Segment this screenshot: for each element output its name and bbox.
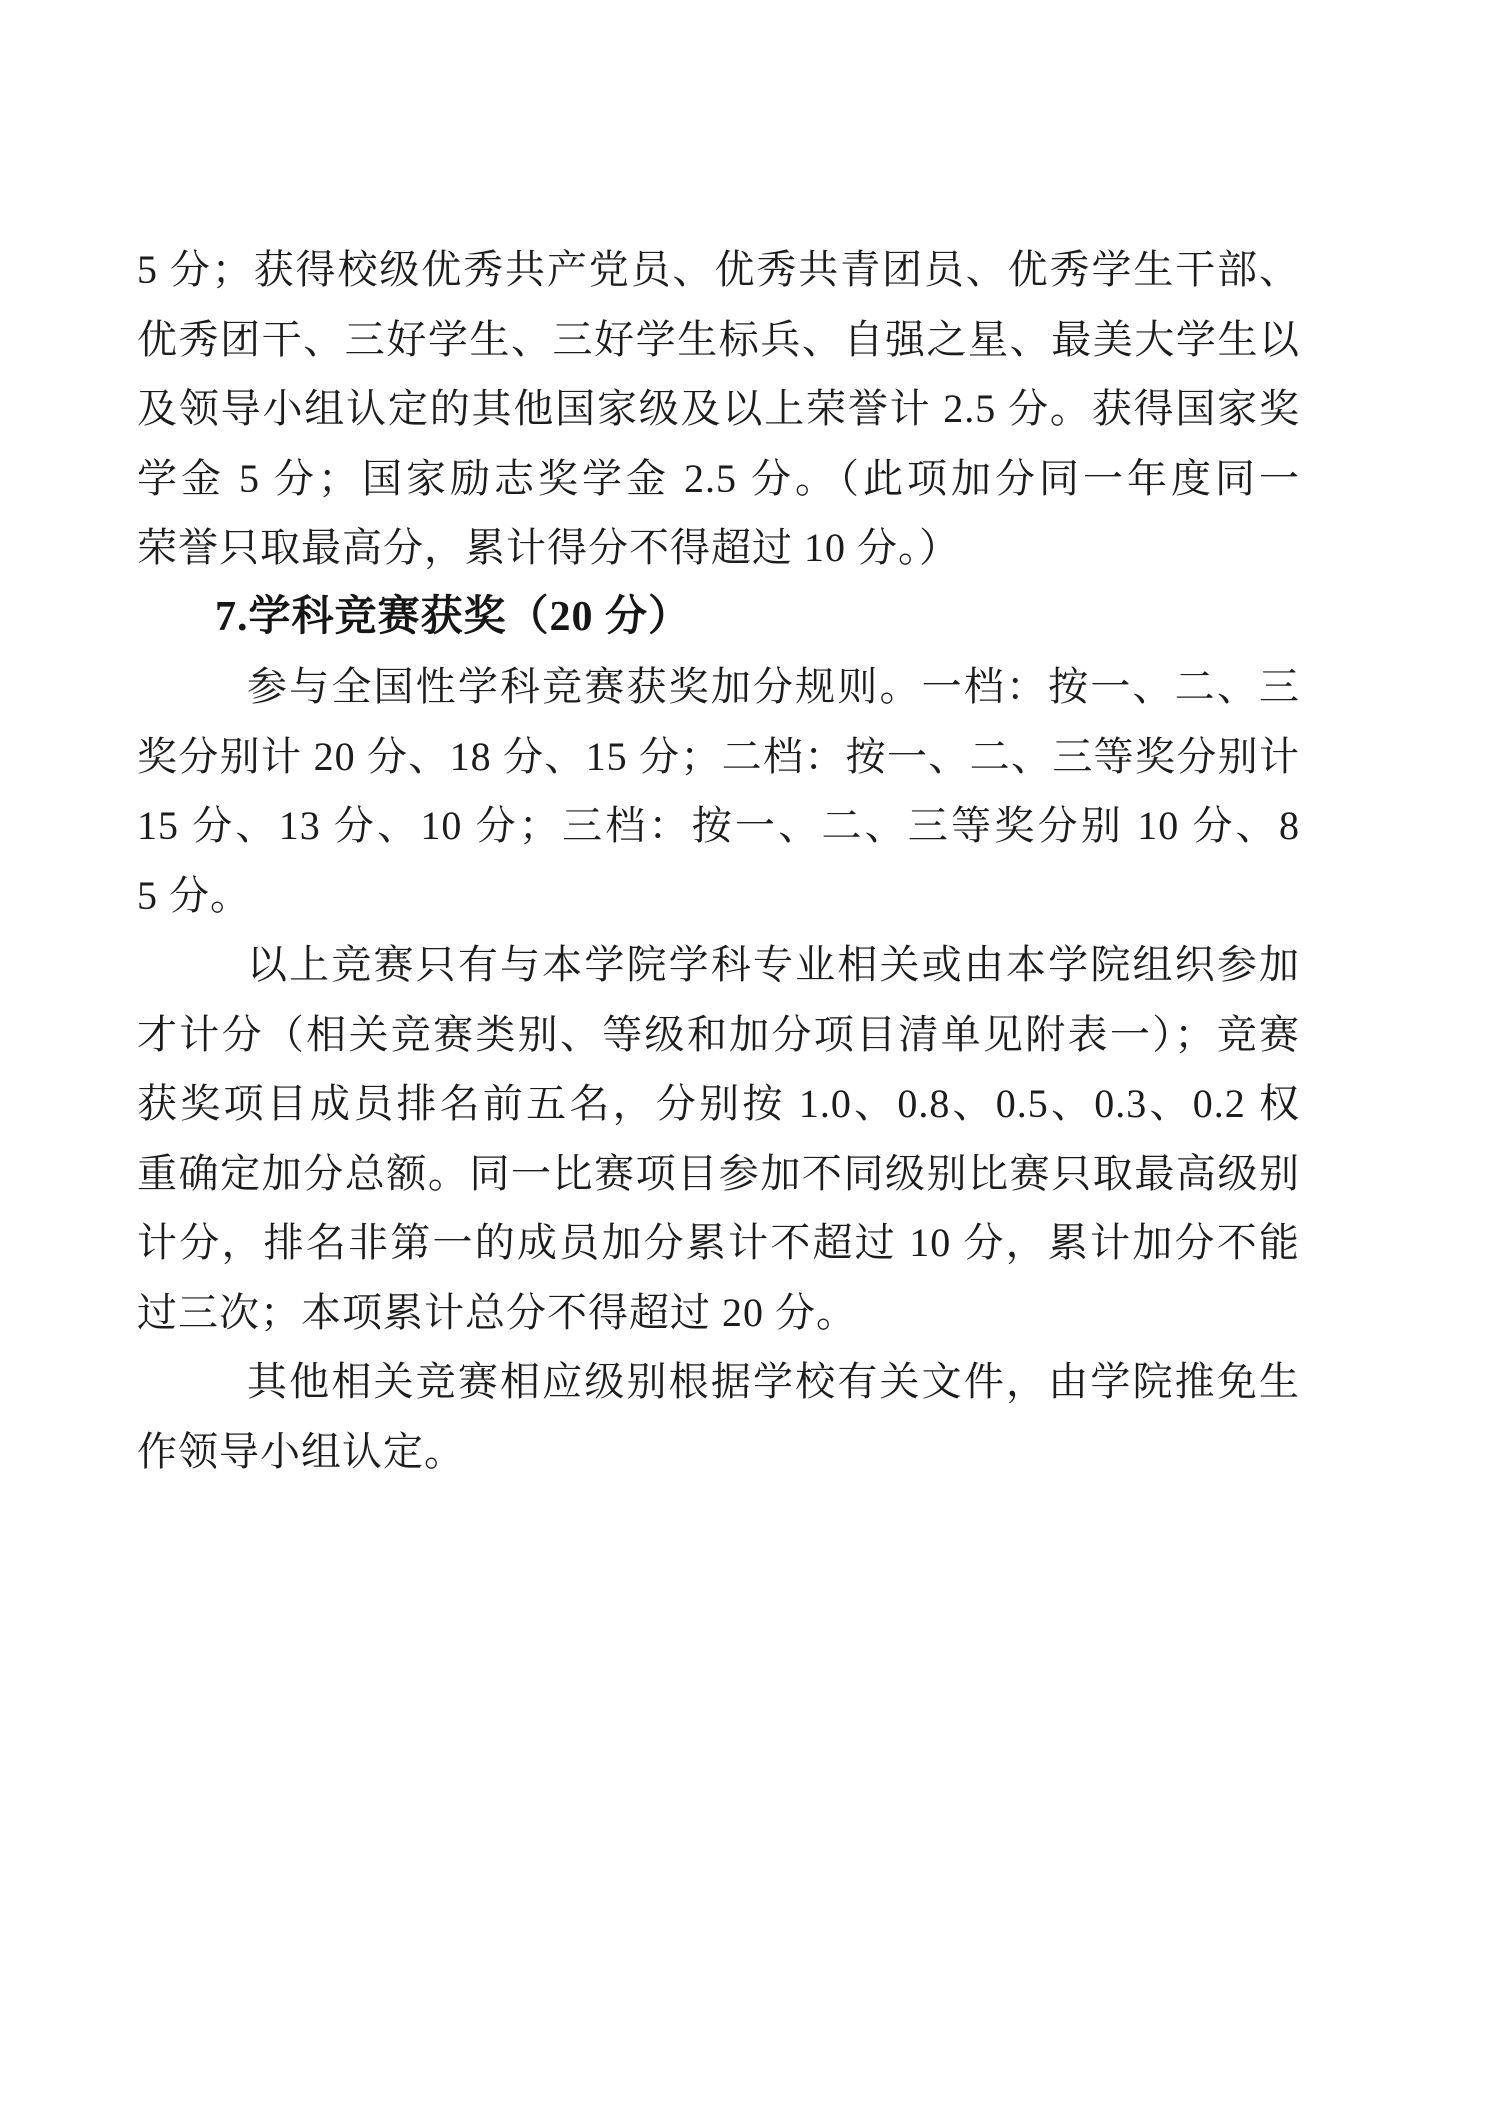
body-line: 作领导小组认定。 [137, 1417, 1300, 1487]
body-line: 过三次；本项累计总分不得超过 20 分。 [137, 1278, 1300, 1348]
body-line: 才计分（相关竞赛类别、等级和加分项目清单见附表一）；竞赛 [137, 1000, 1300, 1070]
document-page: 5 分；获得校级优秀共产党员、优秀共青团员、优秀学生干部、 优秀团干、三好学生、… [0, 0, 1486, 2103]
body-line: 奖分别计 20 分、18 分、15 分；二档：按一、二、三等奖分别计 [137, 722, 1300, 792]
page-text-block: 5 分；获得校级优秀共产党员、优秀共青团员、优秀学生干部、 优秀团干、三好学生、… [137, 235, 1300, 1486]
body-line: 优秀团干、三好学生、三好学生标兵、自强之星、最美大学生以 [137, 305, 1300, 375]
body-line: 5 分。 [137, 861, 1300, 931]
body-line: 学金 5 分；国家励志奖学金 2.5 分。（此项加分同一年度同一 [137, 444, 1300, 514]
body-line: 其他相关竞赛相应级别根据学校有关文件，由学院推免生工 [137, 1347, 1300, 1417]
body-line: 荣誉只取最高分，累计得分不得超过 10 分。） [137, 513, 1300, 583]
body-line: 5 分；获得校级优秀共产党员、优秀共青团员、优秀学生干部、 [137, 235, 1300, 305]
body-line: 15 分、13 分、10 分；三档：按一、二、三等奖分别 10 分、8 分、 [137, 791, 1300, 861]
body-line: 计分，排名非第一的成员加分累计不超过 10 分，累计加分不能超 [137, 1208, 1300, 1278]
body-line: 以上竞赛只有与本学院学科专业相关或由本学院组织参加的 [137, 930, 1300, 1000]
body-line: 参与全国性学科竞赛获奖加分规则。一档：按一、二、三等 [137, 652, 1300, 722]
body-line: 获奖项目成员排名前五名，分别按 1.0、0.8、0.5、0.3、0.2 权 [137, 1069, 1300, 1139]
body-line: 及领导小组认定的其他国家级及以上荣誉计 2.5 分。获得国家奖 [137, 374, 1300, 444]
body-line: 重确定加分总额。同一比赛项目参加不同级别比赛只取最高级别 [137, 1139, 1300, 1209]
section-heading: 7.学科竞赛获奖（20 分） [137, 583, 1300, 653]
